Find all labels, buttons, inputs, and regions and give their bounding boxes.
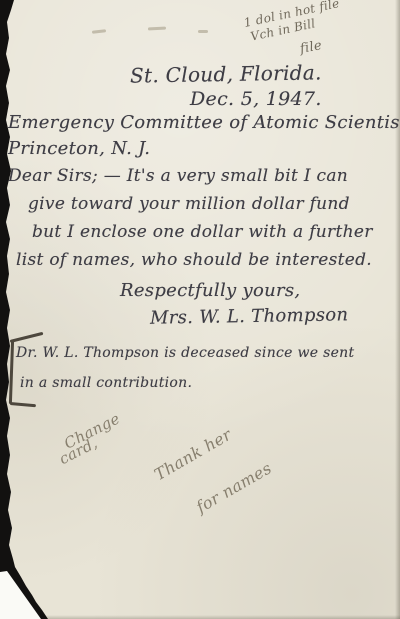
bracket-stroke bbox=[10, 402, 36, 407]
body-line: list of names, who should be interested. bbox=[16, 250, 372, 270]
scanned-letter-page: 1 dol in hot file Vch in Bill file St. C… bbox=[0, 0, 400, 619]
filing-note-line: file bbox=[299, 38, 323, 57]
office-note-line: in a small contribution. bbox=[20, 375, 192, 391]
paper-edge-shadow-right bbox=[395, 0, 400, 619]
paper-crease bbox=[148, 27, 166, 31]
recipient-organization: Emergency Committee of Atomic Scientist. bbox=[8, 112, 400, 133]
pencil-note-thanks-line: Thank her bbox=[151, 425, 235, 484]
valediction: Respectfully yours, bbox=[120, 280, 300, 301]
dateline-date: Dec. 5, 1947. bbox=[190, 88, 322, 110]
paper-edge-shadow-bottom bbox=[0, 615, 400, 619]
signature: Mrs. W. L. Thompson bbox=[150, 304, 349, 328]
office-note-line: Dr. W. L. Thompson is deceased since we … bbox=[16, 345, 354, 361]
pencil-bracket bbox=[8, 334, 42, 410]
recipient-address: Princeton, N. J. bbox=[8, 138, 150, 159]
pencil-note-thanks-line: for names bbox=[193, 458, 275, 516]
dateline-place: St. Cloud, Florida. bbox=[130, 60, 322, 87]
bracket-stroke bbox=[9, 340, 14, 404]
paper-crease bbox=[92, 29, 106, 33]
body-line: Dear Sirs; — It's a very small bit I can bbox=[8, 166, 348, 186]
letter-paper: 1 dol in hot file Vch in Bill file St. C… bbox=[0, 0, 400, 619]
body-line: but I enclose one dollar with a further bbox=[32, 222, 373, 242]
body-line: give toward your million dollar fund bbox=[28, 194, 350, 214]
paper-crease bbox=[198, 30, 208, 33]
bracket-stroke bbox=[10, 332, 44, 343]
